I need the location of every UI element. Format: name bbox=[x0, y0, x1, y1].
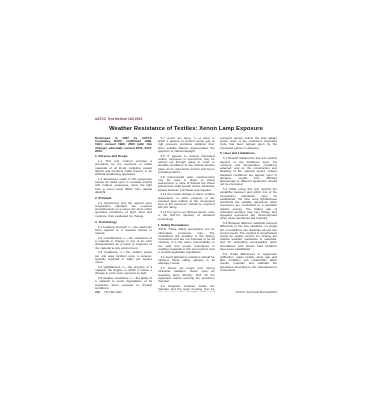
column-right: exposure period, unless the total radian… bbox=[220, 137, 277, 292]
definition-item: 3.5 weather resistance, n.—the ability o… bbox=[95, 277, 152, 290]
method-number-label: AATCC Test Method 169-2003 bbox=[95, 118, 277, 121]
column-middle: 3.7 xenon arc lamp, n.—a lamp in which a… bbox=[158, 137, 215, 292]
definition-item: 3.1 breaking strength, n.—the maximum fo… bbox=[95, 226, 152, 236]
paragraph: 5.4 Small differences in equipment calib… bbox=[220, 253, 277, 272]
page-title: Weather Resistance of Textiles: Xenon La… bbox=[95, 126, 277, 132]
section-heading-terminology: 3. Terminology bbox=[95, 221, 152, 224]
text-columns: Developed in 1987 by AATCC Committee RA5… bbox=[95, 137, 277, 292]
paragraph: 3.11 For terms not defined herein, refer… bbox=[158, 211, 215, 221]
page-number: 190 bbox=[95, 291, 100, 294]
revision-history-note: Developed in 1987 by AATCC Committee RA5… bbox=[95, 137, 152, 153]
manual-name-label: AATCC Technical Manual/2010 bbox=[236, 291, 277, 294]
definition-item: 3.4 lightfastness, n.—the property of a … bbox=[95, 266, 152, 276]
paragraph: 3.10 Any noted change in hand, surface a… bbox=[158, 193, 215, 209]
paragraph: 2.1 Specimens and the agreed upon compar… bbox=[95, 202, 152, 218]
definition-item: 3.3 irradiance, n.—the radiant power per… bbox=[95, 251, 152, 264]
paragraph: 3.8 If agreed to among interested partie… bbox=[158, 155, 215, 174]
paragraph: 3.9 Instrumental color measurement may b… bbox=[158, 176, 215, 192]
page-content: AATCC Test Method 169-2003 Weather Resis… bbox=[95, 118, 277, 292]
paragraph: 5.2 While using this test method the var… bbox=[220, 188, 277, 220]
paragraph: 4.2 Xenon arc lamps emit strong ultravio… bbox=[158, 267, 215, 283]
page-footer: 190 TM 169-2003 AATCC Technical Manual/2… bbox=[95, 291, 277, 294]
paragraph: 5.3 Because different materials respond … bbox=[220, 222, 277, 251]
continuation-paragraph: exposure period, unless the total radian… bbox=[220, 137, 277, 150]
definition-item: 3.7 xenon arc lamp, n.—a lamp in which a… bbox=[158, 137, 215, 153]
section-heading-safety: 4. Safety Precautions bbox=[158, 224, 215, 227]
paragraph: 5.1 Results obtained by this test method… bbox=[220, 157, 277, 186]
paragraph: 1.2 Exposures made in this equipment can… bbox=[95, 178, 152, 194]
safety-note: NOTE: These safety precautions are for i… bbox=[158, 228, 215, 254]
column-left: Developed in 1987 by AATCC Committee RA5… bbox=[95, 137, 152, 292]
paragraph: 1.1 This test method provides a procedur… bbox=[95, 160, 152, 176]
section-heading-principle: 2. Principle bbox=[95, 197, 152, 200]
section-heading-uses: 5. Uses and Limitations bbox=[220, 152, 277, 155]
method-footer-label: TM 169-2003 bbox=[104, 291, 122, 294]
section-heading-purpose: 1. Purpose and Scope bbox=[95, 155, 152, 158]
paragraph: 4.1 Good laboratory practices should be … bbox=[158, 256, 215, 266]
document-page: AATCC Test Method 169-2003 Weather Resis… bbox=[0, 0, 368, 420]
definition-item: 3.2 colorfastness, n.—the resistance of … bbox=[95, 237, 152, 250]
